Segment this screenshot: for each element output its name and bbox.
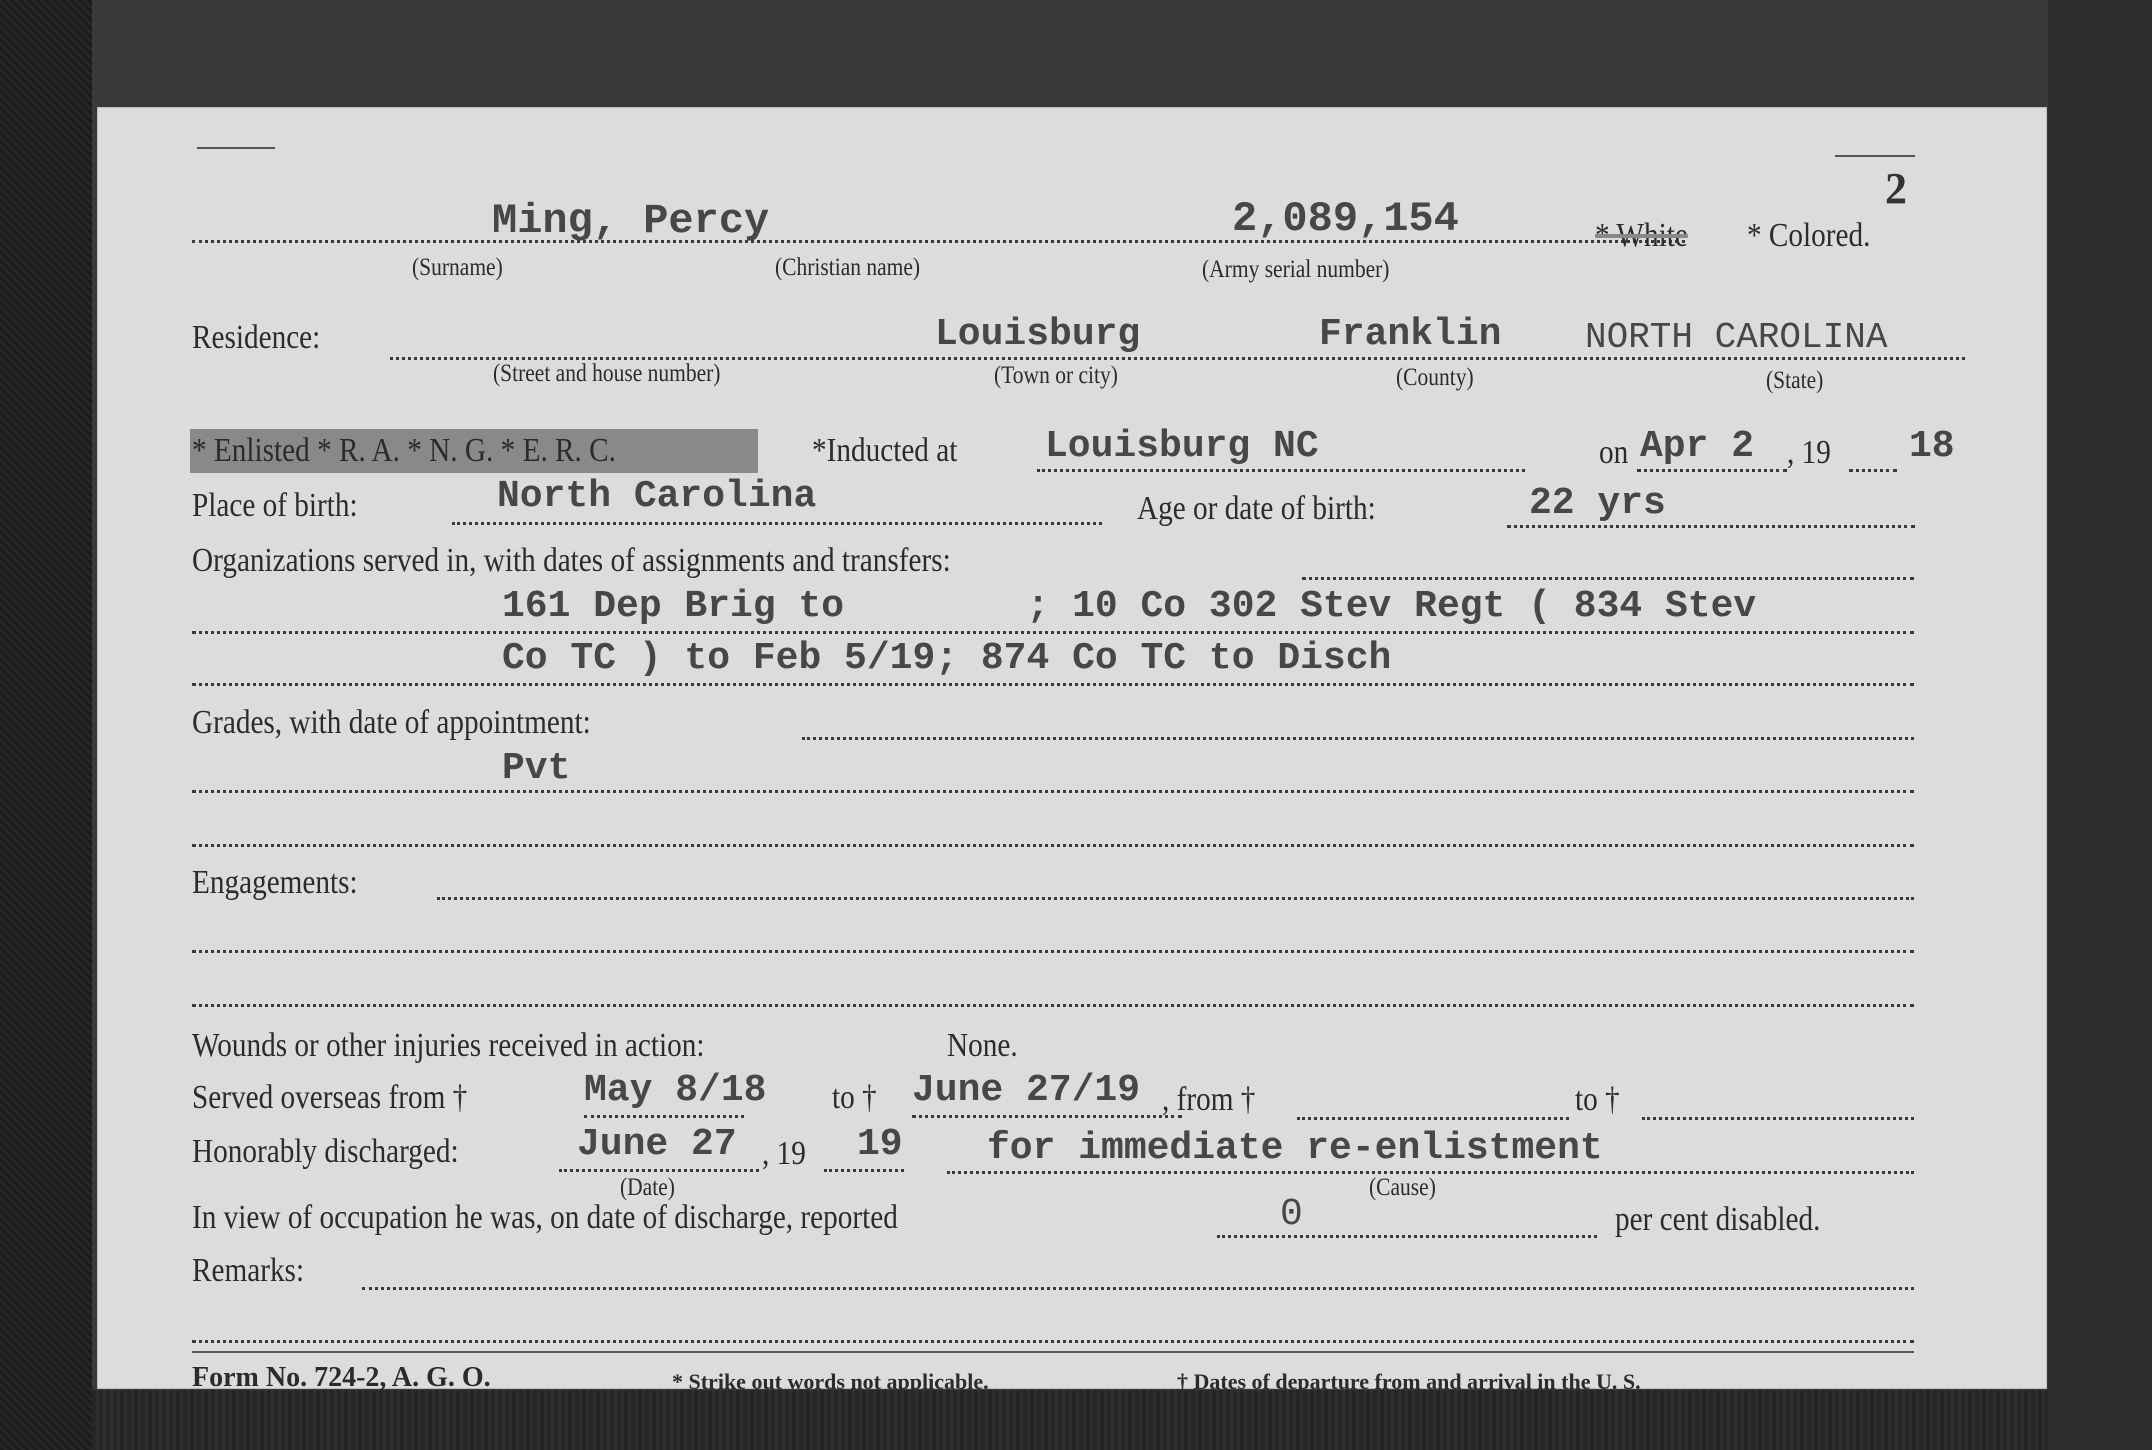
card-number: 2 (1885, 163, 1907, 214)
grades-label: Grades, with date of appointment: (192, 704, 591, 742)
inducted-date-value: Apr 2 (1640, 425, 1754, 468)
wounds-value: None. (947, 1027, 1018, 1065)
discharge-cause-label: (Cause) (1369, 1174, 1436, 1202)
inducted-label: *Inducted at (812, 432, 957, 470)
remarks-line-0 (362, 1287, 1914, 1290)
grades-value: Pvt (502, 747, 570, 790)
christian-name-label: (Christian name) (775, 254, 920, 282)
residence-county-value: Franklin (1319, 313, 1501, 356)
top-right-rule (1835, 155, 1915, 157)
disability-value: 0 (1280, 1193, 1303, 1236)
remarks-rule-1 (192, 1340, 1914, 1343)
engagements-rule-1 (192, 950, 1914, 953)
birth-place-line (452, 522, 1102, 525)
scanner-edge-right (2048, 0, 2152, 1450)
organizations-line-0 (1302, 577, 1914, 580)
discharge-cause-value: for immediate re-enlistment (987, 1127, 1603, 1170)
grades-rule-2 (192, 844, 1914, 847)
name-line (192, 240, 1685, 243)
form-number: Form No. 724-2, A. G. O. (192, 1362, 491, 1394)
organizations-line-1: 161 Dep Brig to ; 10 Co 302 Stev Regt ( … (502, 585, 1756, 628)
strike-out-note: * Strike out words not applicable. (672, 1369, 989, 1395)
residence-label: Residence: (192, 319, 320, 357)
residence-state-value: NORTH CAROLINA (1585, 317, 1887, 358)
street-label: (Street and house number) (493, 360, 720, 388)
on-label: on (1599, 434, 1628, 472)
inducted-year-prefix: , 19 (1787, 434, 1831, 472)
overseas-label: Served overseas from † (192, 1079, 467, 1117)
birth-place-value: North Carolina (497, 475, 816, 518)
discharge-year-line (824, 1169, 904, 1172)
name-value: Ming, Percy (492, 197, 769, 245)
disability-suffix: per cent disabled. (1615, 1201, 1820, 1239)
inducted-place-value: Louisburg NC (1045, 425, 1319, 468)
inducted-line (1037, 469, 1525, 472)
overseas-to-value: June 27/19 (912, 1069, 1140, 1112)
organizations-label: Organizations served in, with dates of a… (192, 542, 951, 580)
town-label: (Town or city) (994, 362, 1118, 390)
scanner-edge-bottom (92, 1390, 2048, 1450)
wounds-label: Wounds or other injuries received in act… (192, 1027, 704, 1065)
top-left-rule (197, 147, 275, 149)
grades-line-0 (802, 737, 1914, 740)
service-record-card: 2 Ming, Percy 2,089,154 * White * Colore… (97, 107, 2047, 1389)
age-value: 22 yrs (1529, 482, 1666, 525)
remarks-label: Remarks: (192, 1252, 304, 1290)
grades-rule-1 (192, 790, 1914, 793)
birth-place-label: Place of birth: (192, 487, 358, 525)
serial-value: 2,089,154 (1232, 195, 1459, 243)
state-label: (State) (1766, 367, 1823, 395)
serial-label: (Army serial number) (1202, 256, 1389, 284)
inducted-year-value: 18 (1909, 425, 1955, 468)
organizations-rule-2 (192, 683, 1914, 686)
surname-label: (Surname) (412, 254, 503, 282)
inducted-year-line (1849, 469, 1897, 472)
discharge-date-value: June 27 (577, 1123, 737, 1166)
organizations-line-2: Co TC ) to Feb 5/19; 874 Co TC to Disch (502, 637, 1391, 680)
engagements-line-0 (437, 897, 1914, 900)
discharge-label: Honorably discharged: (192, 1133, 459, 1171)
overseas-from2-line (1297, 1117, 1569, 1120)
overseas-to2-label: to † (1575, 1081, 1620, 1119)
engagements-rule-2 (192, 1004, 1914, 1007)
residence-town-value: Louisburg (935, 313, 1140, 356)
engagements-label: Engagements: (192, 864, 358, 902)
discharge-date-line (559, 1169, 759, 1172)
discharge-year-prefix: , 19 (762, 1135, 806, 1173)
race-colored-option: * Colored. (1747, 217, 1870, 255)
footer-divider (192, 1351, 1914, 1353)
overseas-from-line (584, 1115, 744, 1118)
disability-line (1217, 1235, 1597, 1238)
race-white-option: * White (1595, 217, 1688, 255)
overseas-to-line (912, 1115, 1182, 1118)
overseas-from2-label: , from † (1162, 1081, 1255, 1119)
age-label: Age or date of birth: (1137, 490, 1376, 528)
overseas-from-value: May 8/18 (584, 1069, 766, 1112)
inducted-date-line (1637, 469, 1787, 472)
age-line (1507, 525, 1915, 528)
scanner-edge-left (0, 0, 92, 1450)
overseas-to-label: to † (832, 1079, 877, 1117)
county-label: (County) (1396, 364, 1474, 392)
enlistment-options: * Enlisted * R. A. * N. G. * E. R. C. (192, 432, 616, 470)
dates-note: † Dates of departure from and arrival in… (1177, 1369, 1641, 1395)
overseas-to2-line (1642, 1117, 1914, 1120)
organizations-rule-1 (192, 631, 1914, 634)
discharge-date-label: (Date) (620, 1174, 675, 1202)
disability-label: In view of occupation he was, on date of… (192, 1199, 898, 1237)
discharge-year-value: 19 (857, 1123, 903, 1166)
